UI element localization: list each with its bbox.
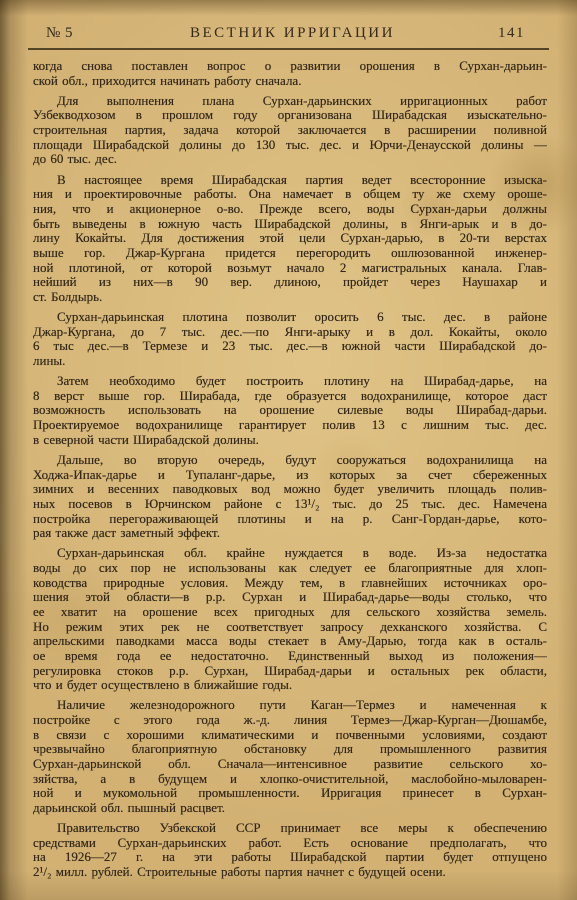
article-body: когда снова поставлен вопрос о развитии … bbox=[0, 50, 577, 880]
paragraph: когда снова поставлен вопрос о развитии … bbox=[33, 59, 547, 88]
text-line: ее хватит на орошение всех пригодных для… bbox=[33, 605, 547, 620]
text-line: Затем необходимо будет построить плотину… bbox=[33, 374, 547, 389]
text-line: Сурхан-дарьинская обл. крайне нуждается … bbox=[33, 546, 547, 561]
issue-number: № 5 bbox=[46, 25, 106, 42]
text-line: Проектируемое водохранилище гарантирует … bbox=[33, 418, 547, 433]
text-line: дарьинской обл. пышный расцвет. bbox=[33, 801, 547, 816]
text-line: до 60 тыс. дес. bbox=[33, 152, 547, 167]
text-line: Сурхан-дарьинской обл. Сначала—интенсивн… bbox=[33, 757, 547, 772]
paragraph: Наличие железнодорожного пути Каган—Терм… bbox=[33, 698, 547, 815]
text-line: ководства природные условия. Между тем, … bbox=[33, 576, 547, 591]
text-line: Правительство Узбекской ССР принимает вс… bbox=[33, 821, 547, 836]
text-line: чрезвычайно благоприятную обстановку для… bbox=[33, 742, 547, 757]
text-line: в связи с хорошими климатическими и почв… bbox=[33, 728, 547, 743]
text-line: быть выведены в южную часть Ширабадской … bbox=[33, 217, 547, 232]
text-line: в северной части Ширабадской долины. bbox=[33, 433, 547, 448]
text-line: когда снова поставлен вопрос о развитии … bbox=[33, 59, 547, 74]
text-line: постройке с этого года ж.-д. линия Терме… bbox=[33, 713, 547, 728]
text-line: 6 тыс дес.—в Термезе и 23 тыс. дес.—в юж… bbox=[33, 339, 547, 354]
paragraph: В настоящее время Ширабадская партия вед… bbox=[33, 173, 547, 305]
text-line: лину Кокайты. Для достижения этой цели С… bbox=[33, 231, 547, 246]
text-line: на 1926—27 г. на эти работы Ширабадской … bbox=[33, 850, 547, 865]
text-line: ных посевов в Юрчинском районе с 13¹/₂ т… bbox=[33, 497, 547, 512]
text-line: средствами Сурхан-дарьинских работ. Есть… bbox=[33, 836, 547, 851]
text-line: Наличие железнодорожного пути Каган—Терм… bbox=[33, 698, 547, 713]
paragraph: Для выполнения плана Сурхан-дарьинских и… bbox=[33, 94, 547, 167]
paragraph: Дальше, во вторую очередь, будут сооружа… bbox=[33, 453, 547, 541]
text-line: Узбекводхозом в прошлом году организован… bbox=[33, 108, 547, 123]
page-header: № 5 ВЕСТНИК ИРРИГАЦИИ 141 bbox=[0, 0, 577, 42]
text-line: зимних и весенних паводковых вод можно б… bbox=[33, 482, 547, 497]
text-line: площади Ширабадской долины до 130 тыс. д… bbox=[33, 138, 547, 153]
text-line: воды до сих пор не использованы как след… bbox=[33, 561, 547, 576]
text-line: постройка перегораживающей плотины и на … bbox=[33, 512, 547, 527]
text-line: ния и проектировочные работы. Она намеча… bbox=[33, 187, 547, 202]
text-line: 8 верст выше гор. Ширабада, где образует… bbox=[33, 389, 547, 404]
text-line: ной и мукомольной промышленности. Иррига… bbox=[33, 786, 547, 801]
text-line: Для выполнения плана Сурхан-дарьинских и… bbox=[33, 94, 547, 109]
text-line: выше гор. Джар-Кургана придется перегоро… bbox=[33, 246, 547, 261]
text-line: ст. Болдырь. bbox=[33, 290, 547, 305]
text-line: ое время года ее недостаточно. Единствен… bbox=[33, 649, 547, 664]
text-line: возможность использовать на орошение сил… bbox=[33, 403, 547, 418]
journal-page-scan: № 5 ВЕСТНИК ИРРИГАЦИИ 141 когда снова по… bbox=[0, 0, 577, 900]
text-line: регулировка стоков р.р. Сурхан, Ширабад-… bbox=[33, 664, 547, 679]
text-line: шения этой области—в р.р. Сурхан и Шираб… bbox=[33, 590, 547, 605]
text-line: В настоящее время Ширабадская партия вед… bbox=[33, 173, 547, 188]
text-line: строительная партия, задача которой закл… bbox=[33, 123, 547, 138]
paragraph: Сурхан-дарьинская обл. крайне нуждается … bbox=[33, 546, 547, 693]
text-line: Джар-Кургана, до 7 тыс. дес.—по Янги-ары… bbox=[33, 325, 547, 340]
text-line: Но режим этих рек не соответствует запро… bbox=[33, 620, 547, 635]
paragraph: Сурхан-дарьинская плотина позволит ороси… bbox=[33, 310, 547, 369]
text-line: ной плотиной, от которой возьмут начало … bbox=[33, 261, 547, 276]
text-line: рая также даст заметный эффект. bbox=[33, 526, 547, 541]
text-line: Сурхан-дарьинская плотина позволит ороси… bbox=[33, 310, 547, 325]
text-line: 2¹/₂ милл. рублей. Строительные работы п… bbox=[33, 865, 547, 880]
text-line: Ходжа-Ипак-дарье и Тупаланг-дарье, из ко… bbox=[33, 468, 547, 483]
text-line: нейший из них—в 90 вер. длиною, пройдет … bbox=[33, 275, 547, 290]
paragraph: Правительство Узбекской ССР принимает вс… bbox=[33, 821, 547, 880]
text-line: зяйства, а в будущем и хлопко-очиститель… bbox=[33, 772, 547, 787]
text-line: апрельскими паводками масса воды стекает… bbox=[33, 634, 547, 649]
paragraph: Затем необходимо будет построить плотину… bbox=[33, 374, 547, 447]
text-line: ской обл., приходится начинать работу сн… bbox=[33, 74, 547, 89]
text-line: Дальше, во вторую очередь, будут сооружа… bbox=[33, 453, 547, 468]
journal-title: ВЕСТНИК ИРРИГАЦИИ bbox=[106, 25, 479, 42]
text-line: ния, что и акционерное о-во. Прежде всег… bbox=[33, 202, 547, 217]
text-line: что и будет осуществлено в ближайшие год… bbox=[33, 678, 547, 693]
text-line: лины. bbox=[33, 354, 547, 369]
page-number: 141 bbox=[479, 25, 525, 42]
